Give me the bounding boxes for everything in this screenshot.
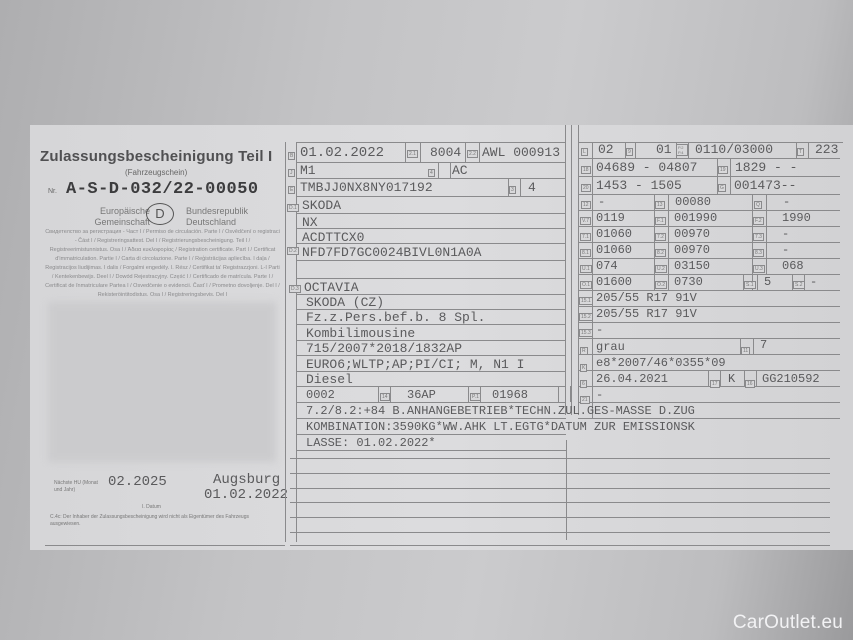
form-line — [296, 228, 566, 229]
form-line — [290, 458, 830, 459]
field-label-l: L — [581, 148, 588, 156]
field-displacement: 01968 — [492, 388, 528, 402]
field-label-d1: D.1 — [287, 204, 299, 212]
field-length: 04689 - 04807 — [596, 160, 697, 175]
form-line — [296, 278, 566, 279]
form-line — [290, 502, 830, 503]
field-model: OCTAVIA — [304, 280, 359, 295]
form-line — [578, 402, 840, 403]
field-manufacturer: SKODA (CZ) — [306, 295, 384, 310]
field-label-17: 17 — [710, 380, 720, 388]
remark-line-2: KOMBINATION:3590KG*WW.AHK LT.EGTG*DATUM … — [306, 420, 695, 434]
divider — [571, 125, 572, 415]
field-label-15-3: 15.3 — [579, 329, 593, 337]
issue-date: 01.02.2022 — [204, 487, 288, 503]
field-type-line: NX — [302, 215, 318, 230]
field-label-o2: O.2 — [655, 281, 667, 289]
field-manufacturer-code: 8004 — [430, 145, 461, 160]
number-label: Nr. — [48, 188, 57, 195]
field-permissible-mass: 1990 — [782, 211, 811, 225]
form-line — [290, 473, 830, 474]
form-line — [290, 488, 830, 489]
form-line — [570, 386, 571, 402]
field-label-16: 16 — [745, 380, 755, 388]
form-line — [520, 178, 521, 196]
field-label-k: K — [580, 364, 587, 372]
form-line — [296, 162, 566, 163]
form-line — [465, 142, 466, 162]
divider — [45, 545, 285, 546]
field-approval-code: K — [728, 372, 735, 386]
field-zb2-number: GG210592 — [762, 372, 820, 386]
field-label-9: 9 — [626, 148, 633, 156]
field-max-mass: 001990 — [674, 211, 717, 225]
field-axle2-load: 00970 — [674, 227, 710, 241]
form-line — [296, 142, 566, 143]
form-line — [592, 142, 593, 418]
form-line — [296, 434, 566, 435]
form-line — [708, 370, 709, 386]
field-label-12: 12 — [581, 201, 591, 209]
field-emission-regulation: 715/2007*2018/1832AP — [306, 341, 462, 356]
field-tyres-axle3: - — [596, 323, 603, 337]
field-noise-rpm: 03150 — [674, 259, 710, 273]
field-power-rpm: 0110/03000 — [695, 142, 773, 157]
field-v9: 0002 — [306, 388, 335, 402]
field-make: SKODA — [302, 198, 341, 213]
field-width: 1829 - - — [735, 160, 797, 175]
date-label: I. Datum — [142, 504, 161, 510]
field-label-7-1: 7.1 — [580, 233, 591, 241]
field-label-21: 21 — [580, 396, 590, 404]
field-label-20: 20 — [581, 184, 591, 192]
form-line — [688, 142, 689, 158]
form-line — [753, 338, 754, 354]
form-line — [578, 370, 840, 371]
form-line — [766, 194, 767, 274]
field-vin-check-digit: 4 — [528, 180, 536, 195]
field-version-line: NFD7FD7GC0024BIVL0N1A0A — [302, 245, 481, 260]
form-line — [566, 440, 567, 540]
field-label-4: 4 — [428, 169, 435, 177]
expiry-label: Nächste HU (Monat und Jahr) — [54, 480, 104, 494]
field-tyres-axle1: 205/55 R17 91V — [596, 291, 697, 305]
field-max-speed: 223 — [815, 142, 838, 157]
form-line — [578, 338, 840, 339]
field-standing-noise: 074 — [596, 259, 618, 273]
eu-label: Europäische Gemeinschaft — [80, 206, 150, 228]
field-emission-class: EURO6;WLTP;AP;PI/CI; M, N1 I — [306, 357, 524, 372]
field-label-t: T — [797, 148, 804, 156]
field-type-code: AWL 000913 — [482, 145, 560, 160]
field-label-2-2: 2.2 — [467, 150, 478, 158]
country-code-badge: D — [146, 203, 174, 225]
form-line — [450, 162, 451, 178]
field-label-11: 11 — [741, 347, 750, 355]
form-line — [296, 178, 566, 179]
field-type-approval: e8*2007/46*0355*09 — [596, 356, 726, 370]
form-line — [558, 386, 559, 402]
field-label-15-1: 15.1 — [579, 297, 593, 305]
form-line — [296, 213, 566, 214]
field-vehicle-class: M1 — [300, 163, 316, 178]
document-number: A-S-D-032/22-00050 — [66, 180, 259, 199]
field-label-q: Q — [754, 201, 762, 209]
form-line — [296, 196, 566, 197]
field-empty-mass: 001473-- — [734, 178, 796, 193]
form-line — [420, 142, 421, 162]
form-line — [730, 158, 731, 194]
field-unbraked-trailer: 0730 — [674, 275, 703, 289]
divider — [578, 125, 579, 415]
field-fuel-type: Diesel — [306, 372, 353, 387]
field-label-s1: S.1 — [744, 281, 756, 289]
form-line — [296, 450, 566, 451]
field-label-u2: U.2 — [655, 265, 667, 273]
form-line — [578, 354, 840, 355]
field-axle3-load: - — [782, 227, 789, 241]
field-label-7-3: 7.3 — [753, 233, 764, 241]
multilingual-title: Свидетелство за регистрация - Част I / P… — [45, 228, 280, 300]
field-label-8-3: 8.3 — [753, 249, 764, 257]
remark-line-1: 7.2/8.2:+84 B.ANHANGEBETRIEB*TECHN.ZUL.G… — [306, 404, 695, 418]
field-axles: 02 — [598, 142, 614, 157]
field-label-v7: V.7 — [580, 217, 591, 225]
field-label-p2-p4: P.2 P.4 — [676, 144, 688, 156]
field-label-19: 19 — [718, 166, 728, 174]
field-support-load: 00080 — [675, 195, 711, 209]
field-axle3-permissible: - — [782, 243, 789, 257]
field-label-r: R — [580, 347, 588, 355]
field-tyres-axle2: 205/55 R17 91V — [596, 307, 697, 321]
form-line — [578, 322, 840, 323]
field-label-8-2: 8.2 — [655, 249, 666, 257]
form-line — [635, 142, 636, 158]
field-label-p1: P.1 — [470, 393, 481, 401]
document-title: Zulassungsbescheinigung Teil I — [40, 148, 272, 165]
field-first-registration: 01.02.2022 — [300, 145, 384, 161]
field-power-weight: - — [783, 195, 790, 209]
form-line — [720, 370, 721, 386]
field-colour-code: 7 — [760, 338, 767, 352]
field-label-d3: D.3 — [289, 285, 301, 293]
field-label-7-2: 7.2 — [655, 233, 666, 241]
form-line — [405, 142, 406, 162]
field-vin: TMBJJ0NX8NY017192 — [300, 180, 433, 195]
form-line — [578, 386, 840, 387]
watermark-logo: CarOutlet.eu — [733, 612, 843, 634]
field-label-f2: F.2 — [753, 217, 764, 225]
remark-line-3: LASSE: 01.02.2022* — [306, 436, 436, 450]
form-line — [578, 176, 840, 177]
form-line — [296, 402, 566, 403]
field-emission-key: 36AP — [407, 388, 436, 402]
field-label-15-2: 15.2 — [579, 313, 593, 321]
field-approval-date: 26.04.2021 — [596, 372, 668, 386]
field-tank-volume: - — [598, 195, 605, 209]
field-label-13: 13 — [655, 201, 665, 209]
owner-note: C.4c: Der Inhaber der Zulassungsbeschein… — [50, 514, 270, 528]
form-line — [390, 386, 391, 402]
document-subtitle: (Fahrzeugschein) — [125, 168, 187, 177]
inspection-expiry: 02.2025 — [108, 474, 167, 490]
field-variant-line: ACDTTCX0 — [302, 230, 364, 245]
divider — [285, 142, 286, 542]
field-label-u3: U.3 — [753, 265, 765, 273]
redacted-owner-area — [48, 302, 276, 462]
form-line — [468, 386, 469, 402]
country-label: Bundesrepublik Deutschland — [186, 206, 256, 228]
field-vehicle-category: Fz.z.Pers.bef.b. 8 Spl. — [306, 310, 485, 325]
field-label-j: J — [288, 169, 295, 177]
field-label-f1: F.1 — [655, 217, 666, 225]
form-line — [290, 517, 830, 518]
field-label-e: E — [288, 186, 295, 194]
form-line — [378, 386, 379, 402]
form-line — [438, 162, 439, 178]
field-braked-trailer: 01600 — [596, 275, 632, 289]
field-label-g: G — [718, 184, 726, 192]
issue-place: Augsburg — [213, 472, 280, 488]
field-standing-places: - — [810, 275, 817, 289]
divider — [296, 142, 297, 542]
form-line — [757, 274, 758, 290]
field-label-8-1: 8.1 — [580, 249, 591, 257]
field-colour: grau — [596, 340, 625, 354]
field-co2: 0119 — [596, 211, 625, 225]
field-label-d2: D.2 — [287, 247, 299, 255]
field-label-b: B — [288, 152, 295, 160]
form-line — [479, 142, 480, 162]
field-axle1-permissible: 01060 — [596, 243, 632, 257]
field-driven-axles: 01 — [656, 142, 672, 157]
field-label-18: 18 — [581, 166, 591, 174]
field-other-notes: - — [596, 388, 603, 402]
field-body-type: AC — [452, 163, 468, 178]
field-label-u1: U.1 — [580, 265, 592, 273]
field-seats: 5 — [764, 275, 771, 289]
field-label-2-1: 2.1 — [407, 150, 418, 158]
form-line — [290, 532, 830, 533]
field-label-6: 6 — [580, 380, 587, 388]
field-label-o1: O.1 — [580, 281, 592, 289]
field-label-14: 14 — [380, 393, 390, 401]
field-body-description: Kombilimousine — [306, 326, 415, 341]
form-line — [578, 158, 840, 159]
field-axle2-permissible: 00970 — [674, 243, 710, 257]
form-line — [296, 260, 566, 261]
form-line — [296, 418, 566, 419]
field-axle1-load: 01060 — [596, 227, 632, 241]
form-line — [756, 370, 757, 386]
field-label-3: 3 — [509, 186, 516, 194]
field-label-s2: S.2 — [793, 281, 805, 289]
form-line — [578, 418, 840, 419]
field-height: 1453 - 1505 — [596, 178, 682, 193]
form-line — [290, 545, 830, 546]
form-line — [808, 142, 809, 158]
form-line — [668, 194, 669, 290]
field-driving-noise: 068 — [782, 259, 804, 273]
form-line — [752, 194, 753, 290]
